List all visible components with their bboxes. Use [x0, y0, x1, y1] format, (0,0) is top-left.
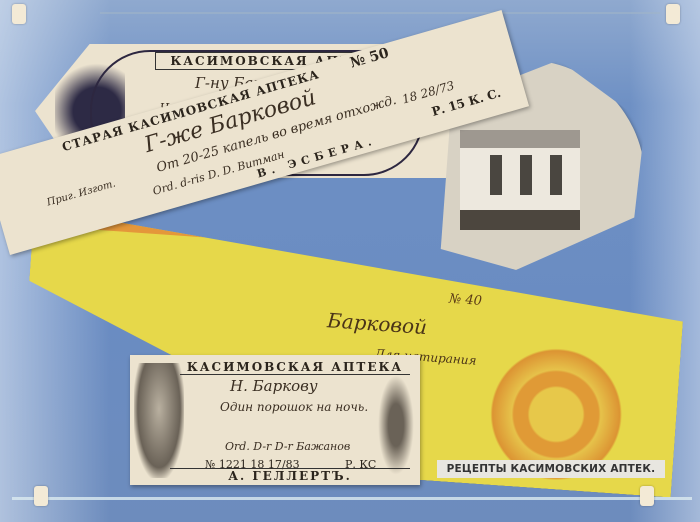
glass-edge-top	[100, 12, 660, 14]
exhibit-photo: № 40 Барковой Для натирания КАСИМОВСКАЯ …	[0, 0, 700, 522]
glass-clip-icon	[666, 4, 680, 24]
label-number: № 40	[448, 292, 482, 309]
window-icon	[520, 155, 532, 195]
exhibit-caption: РЕЦЕПТЫ КАСИМОВСКИХ АПТЕК.	[437, 460, 665, 478]
label-maker: А. ГЕЛЛЕРТЪ.	[170, 468, 410, 483]
gellert-prescription-label: КАСИМОВСКАЯ АПТЕКА Н. Баркову Один порош…	[130, 355, 420, 485]
label-instruction: Один порошок на ночь.	[220, 400, 390, 414]
window-icon	[490, 155, 502, 195]
label-recipient: Барковой	[326, 308, 427, 339]
glass-clip-icon	[640, 486, 654, 506]
glass-clip-icon	[34, 486, 48, 506]
label-recipient: Н. Баркову	[230, 377, 318, 395]
glass-edge-bottom	[12, 497, 692, 500]
label-signature: Ord. D-r D-r Бажанов	[225, 440, 350, 453]
cherub-eagle-icon	[134, 363, 184, 478]
floral-ornament-icon	[378, 375, 414, 475]
label-side-note: Приг. Изгот.	[46, 178, 117, 208]
label-title: КАСИМОВСКАЯ АПТЕКА	[180, 360, 410, 375]
glass-clip-icon	[12, 4, 26, 24]
window-icon	[550, 155, 562, 195]
